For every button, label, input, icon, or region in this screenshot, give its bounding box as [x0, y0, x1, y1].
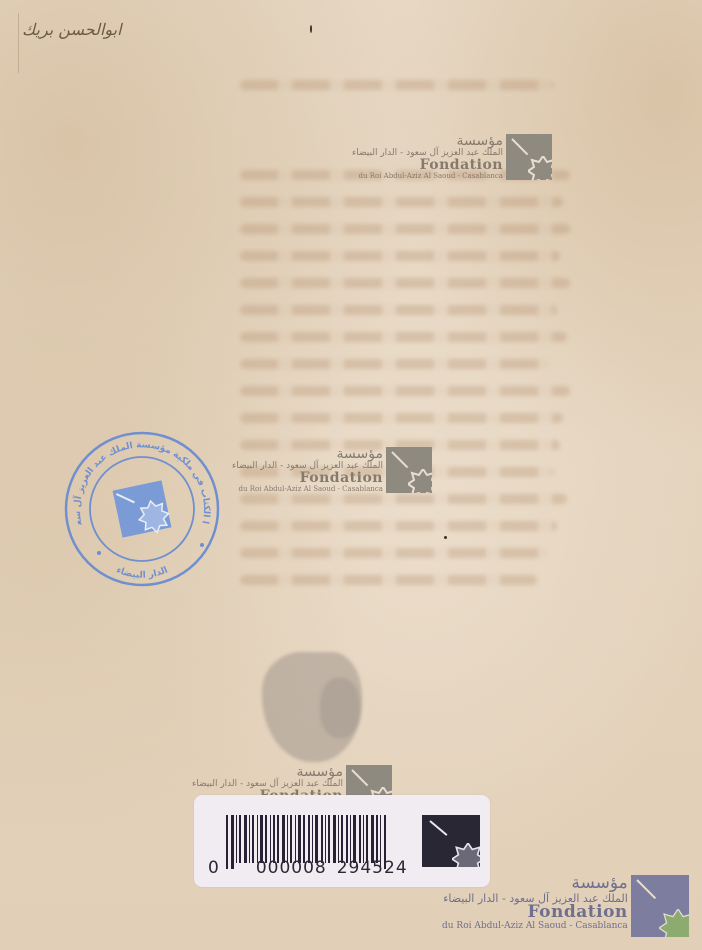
watermark-arabic-title: مؤسسة — [442, 875, 628, 893]
handwritten-note: ابوالحسن بريك — [22, 20, 122, 39]
stamp-logo-icon — [113, 480, 172, 539]
svg-text:الدار البيضاء: الدار البيضاء — [115, 565, 170, 580]
watermark-arabic-title: مؤسسة — [352, 134, 503, 149]
barcode-group2: 294524 — [337, 858, 408, 878]
watermark-top: مؤسسة الملك عبد العزيز آل سعود - الدار ا… — [352, 134, 552, 180]
barcode-number: 0000008294524 — [208, 858, 408, 878]
watermark-french-subtitle: du Roi Abdul-Aziz Al Saoud - Casablanca — [352, 173, 503, 180]
ink-dot — [444, 536, 447, 539]
stamp-bottom-text: الدار البيضاء — [115, 565, 170, 580]
fondation-logo-icon — [506, 134, 552, 180]
barcode-label: 0000008294524 — [194, 795, 490, 887]
watermark-french-subtitle: du Roi Abdul-Aziz Al Saoud - Casablanca — [442, 922, 628, 931]
watermark-middle: مؤسسة الملك عبد العزيز آل سعود - الدار ا… — [232, 447, 432, 493]
watermark-arabic-title: مؤسسة — [232, 447, 383, 462]
water-stain-secondary — [320, 678, 360, 738]
watermark-french-subtitle: du Roi Abdul-Aziz Al Saoud - Casablanca — [232, 486, 383, 493]
fondation-logo-icon — [631, 875, 689, 937]
barcode-group1: 000008 — [256, 858, 327, 878]
watermark-french-title: Fondation — [352, 158, 503, 173]
watermark-arabic-title: مؤسسة — [192, 765, 343, 780]
ink-mark — [310, 25, 312, 33]
barcode-prefix: 0 — [208, 858, 220, 878]
ownership-stamp: هذا الكتاب في ملكية مؤسسة الملك عبد العز… — [62, 425, 222, 593]
watermark-bottom-color: مؤسسة الملك عبد العزيز آل سعود - الدار ا… — [442, 875, 689, 937]
corner-fold — [0, 0, 19, 73]
watermark-french-title: Fondation — [232, 471, 383, 486]
fondation-logo-icon — [386, 447, 432, 493]
watermark-french-title: Fondation — [442, 904, 628, 922]
fondation-logo-icon — [422, 815, 480, 867]
